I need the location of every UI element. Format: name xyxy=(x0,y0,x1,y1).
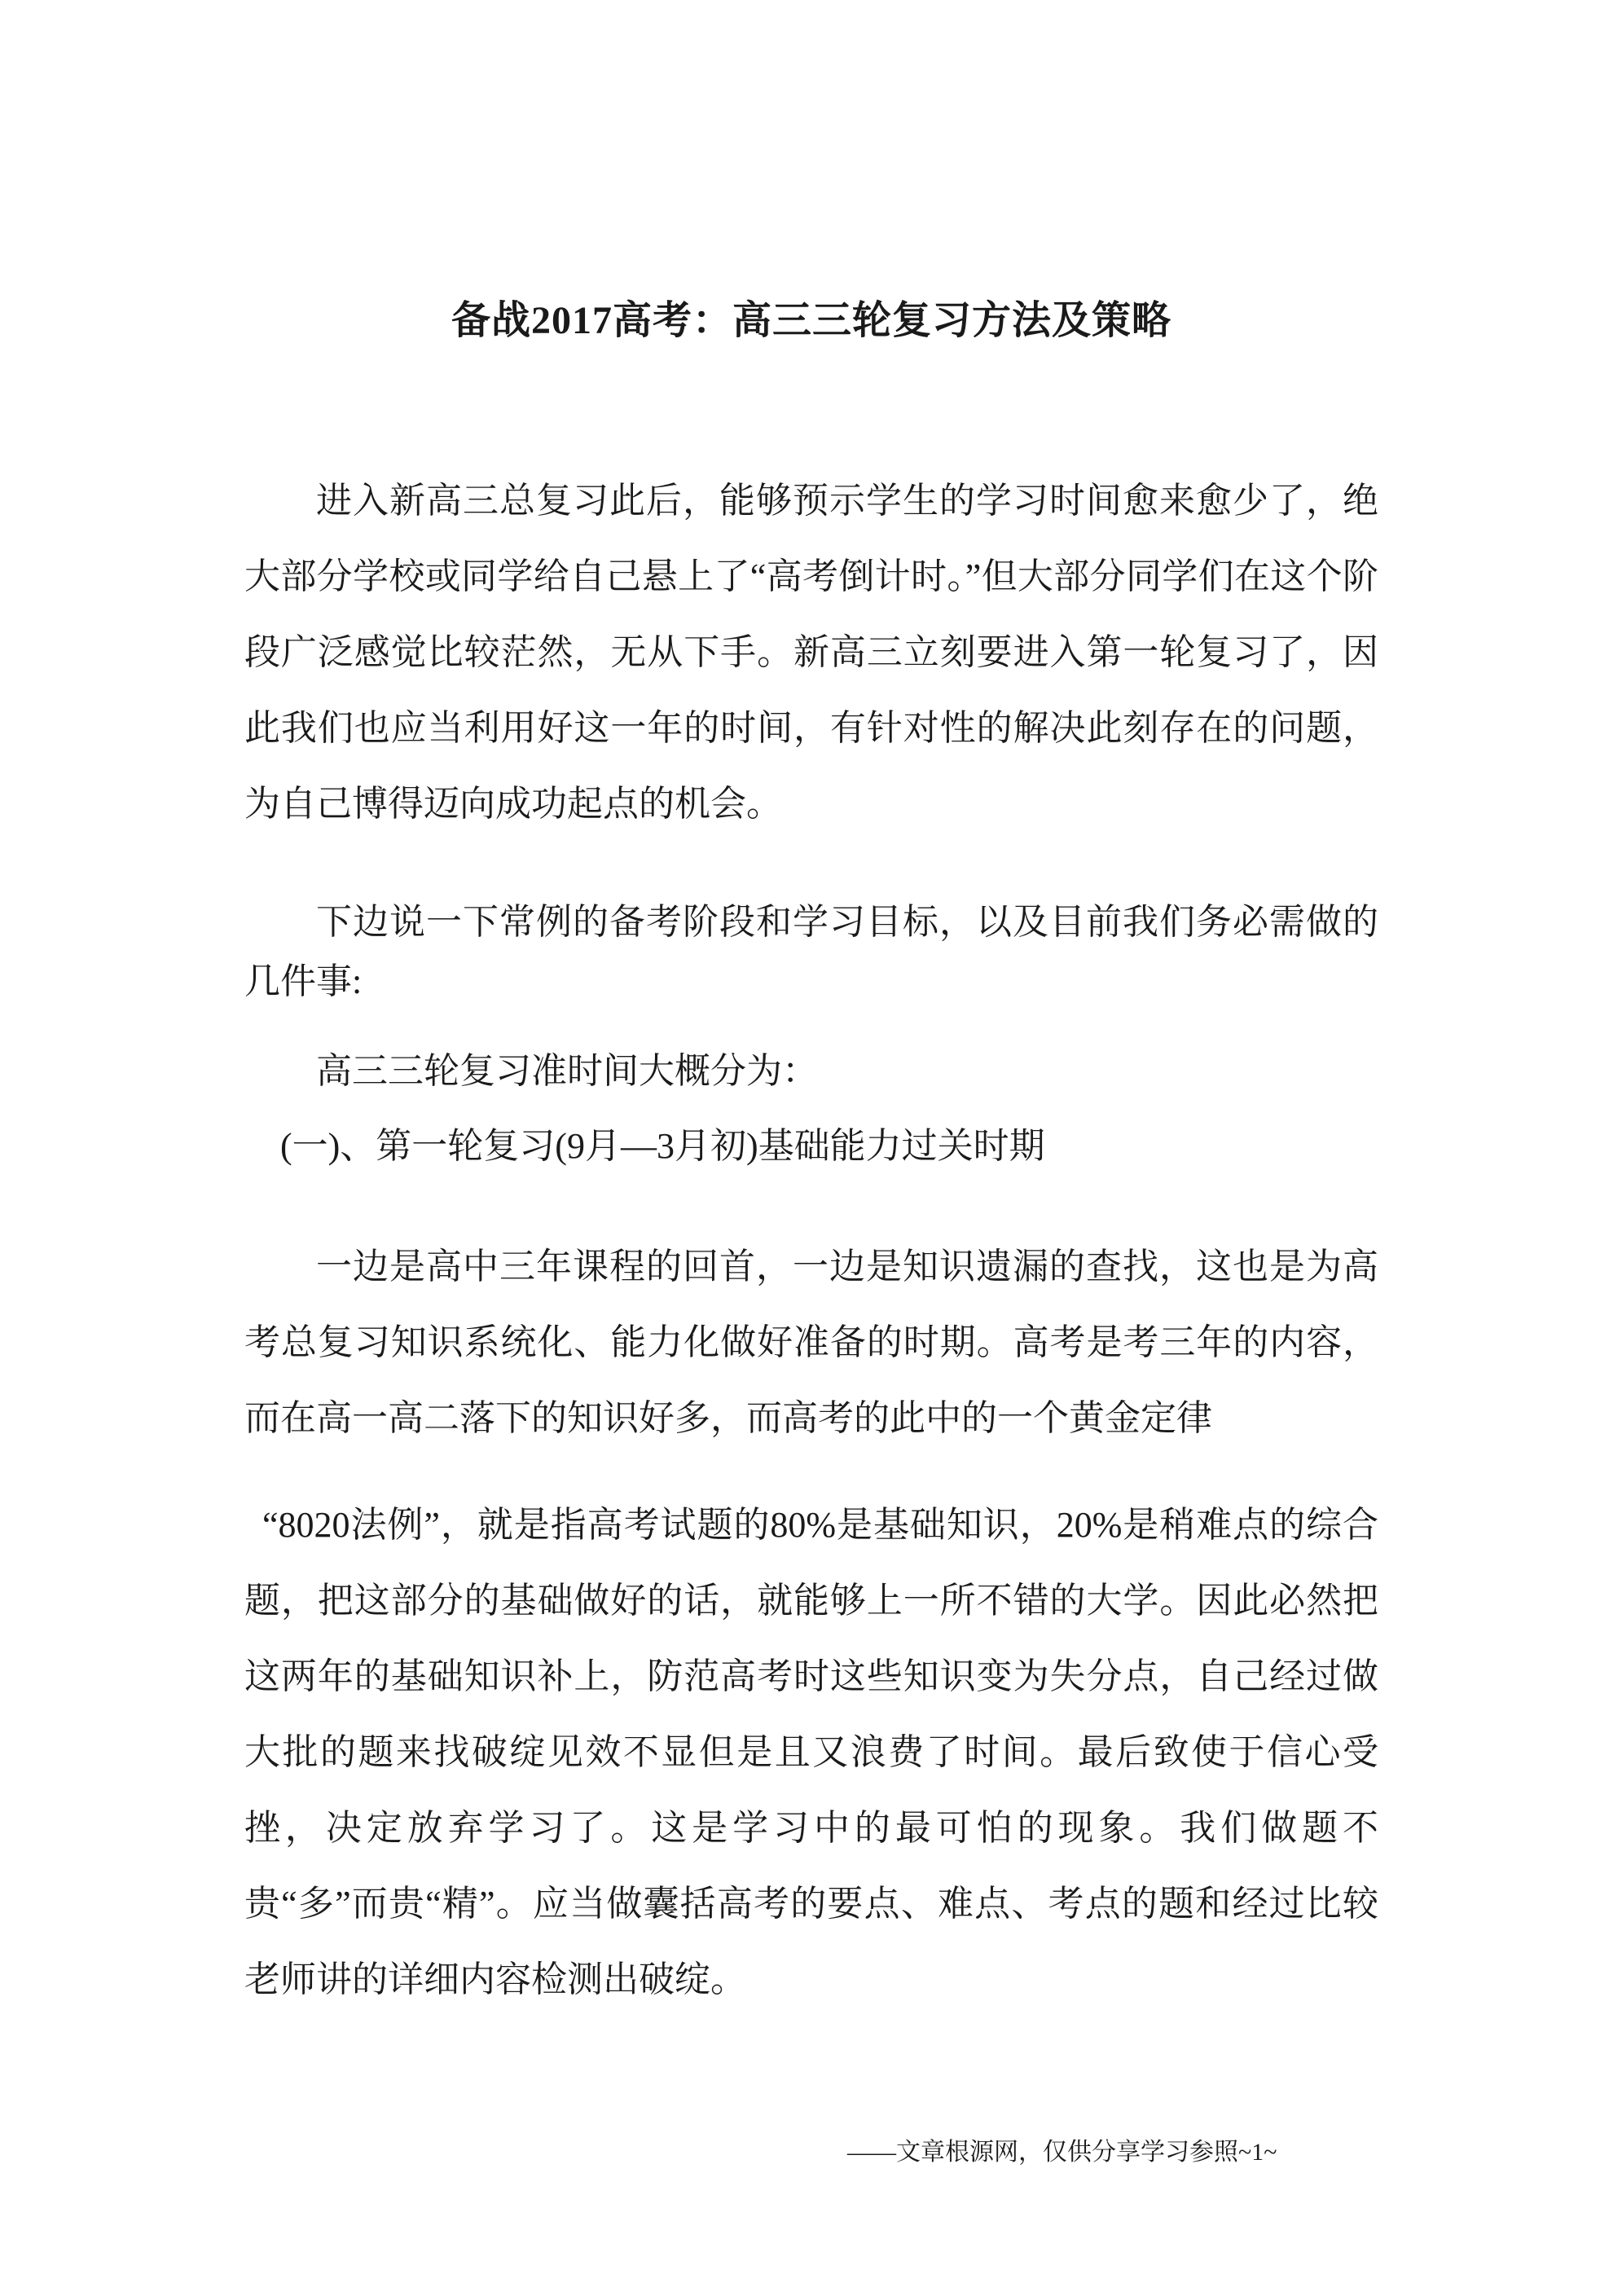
paragraph-phases-lead: 高三三轮复习准时间大概分为： xyxy=(244,1041,1378,1101)
page-footer: ——文章根源网，仅供分享学习参照~1~ xyxy=(847,2136,1277,2169)
paragraph-first-round-b: “8020法例”，就是指高考试题的80%是基础知识，20%是稍难点的综合题，把这… xyxy=(244,1487,1378,2017)
document-title: 备战2017高考：高三三轮复习方法及策略 xyxy=(244,292,1378,350)
document-content: 备战2017高考：高三三轮复习方法及策略 进入新高三总复习此后，能够预示学生的学… xyxy=(244,0,1378,2017)
paragraph-intro: 进入新高三总复习此后，能够预示学生的学习时间愈来愈少了，绝大部分学校或同学给自己… xyxy=(244,463,1378,842)
section-heading-first-round: (一)、第一轮复习(9月—3月初)基础能力过关时期 xyxy=(244,1116,1378,1176)
paragraph-overview: 下边说一下常例的备考阶段和学习目标，以及目前我们务必需做的几件事: xyxy=(244,892,1378,1011)
document-page: 备战2017高考：高三三轮复习方法及策略 进入新高三总复习此后，能够预示学生的学… xyxy=(0,0,1622,2296)
paragraph-first-round-a: 一边是高中三年课程的回首，一边是知识遗漏的查找，这也是为高考总复习知识系统化、能… xyxy=(244,1229,1378,1456)
